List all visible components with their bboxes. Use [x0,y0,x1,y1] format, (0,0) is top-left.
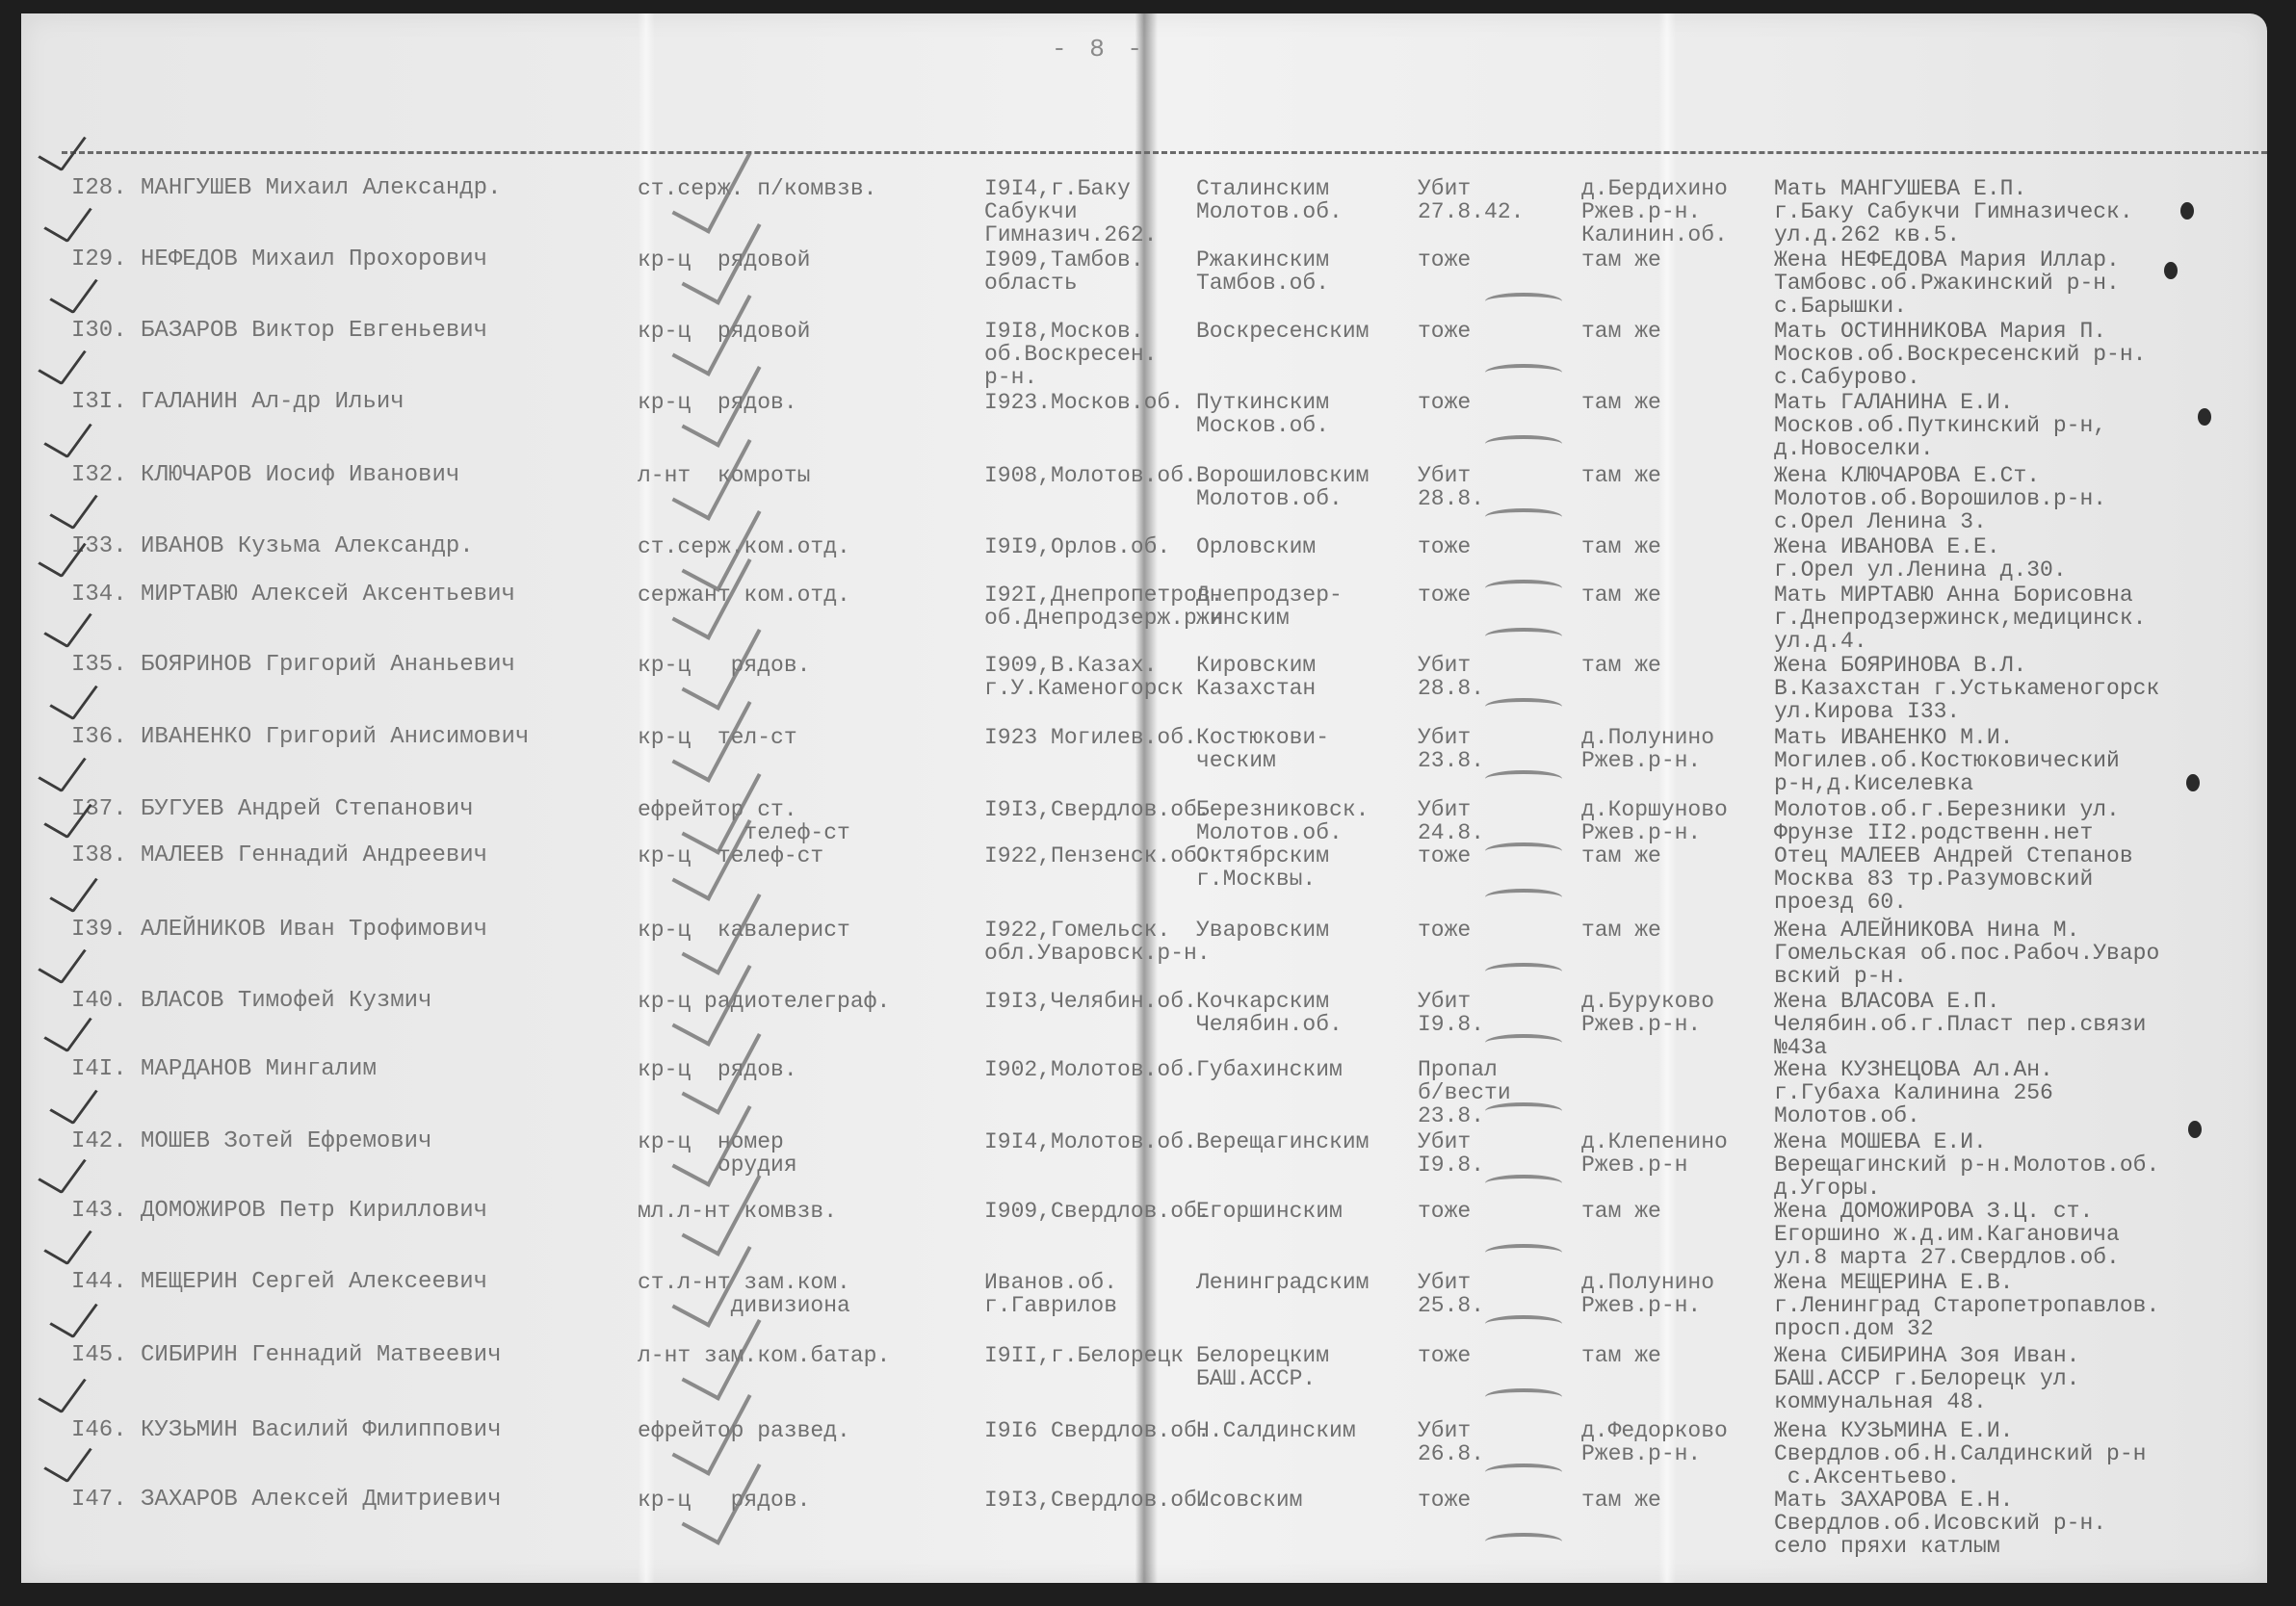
record-rank: ст.серж. п/комвзв. [638,177,876,200]
ditto-squiggle-mark [1485,364,1562,381]
record-next-of-kin: Мать ГАЛАНИНА Е.И. Москов.об.Путкинский … [1774,391,2106,460]
ditto-squiggle-mark [1485,842,1562,860]
dashed-separator [62,151,2267,154]
record-name: I33. ИВАНОВ Кузьма Александр. [71,535,474,558]
record-birth: I922,Пензенск.об. [984,844,1211,868]
ditto-squiggle-mark [1485,1175,1562,1192]
check-mark-icon [43,195,92,243]
record-name: I43. ДОМОЖИРОВ Петр Кириллович [71,1200,487,1223]
record-draft-office: Сталинским Молотов.об. [1196,177,1343,223]
check-mark-icon [49,482,98,530]
record-name: I29. НЕФЕДОВ Михаил Прохорович [71,248,487,272]
record-burial-place: там же [1581,1489,1661,1512]
record-next-of-kin: Мать ОСТИННИКОВА Мария П. Москов.об.Воск… [1774,320,2146,389]
record-name: I47. ЗАХАРОВ Алексей Дмитриевич [71,1489,501,1512]
check-mark-icon [49,1291,98,1338]
record-name: I42. МОШЕВ Зотей Ефремович [71,1130,431,1153]
record-fate: тоже [1418,919,1471,942]
record-birth: I92I,Днепропетров. об.Днепродзерж.р-н [984,583,1223,630]
record-next-of-kin: Жена МЕЩЕРИНА Е.В. г.Ленинград Старопетр… [1774,1271,2159,1340]
record-fate: тоже [1418,1344,1471,1367]
record-burial-place: д.Буруково Ржев.р-н. [1581,990,1714,1036]
record-fate: тоже [1418,320,1471,343]
record-birth: I908,Молотов.об. [984,464,1197,487]
record-fate: тоже [1418,1200,1471,1223]
record-birth: I923 Могилев.об. [984,726,1197,749]
record-fate: Убит 26.8. [1418,1419,1484,1465]
record-birth: I909,В.Казах. г.У.Каменогорск [984,654,1184,700]
ink-stain [2180,202,2194,220]
record-burial-place: там же [1581,654,1661,677]
check-mark-icon [38,1366,87,1413]
record-burial-place: д.Полунино Ржев.р-н. [1581,1271,1714,1317]
record-name: I28. МАНГУШЕВ Михаил Александр. [71,177,501,200]
record-draft-office: Губахинским [1196,1058,1343,1081]
record-burial-place: там же [1581,464,1661,487]
record-name: I44. МЕЩЕРИН Сергей Алексеевич [71,1271,487,1294]
ditto-squiggle-mark [1485,580,1562,597]
record-name: I36. ИВАНЕНКО Григорий Анисимович [71,726,529,749]
record-next-of-kin: Жена СИБИРИНА Зоя Иван. БАШ.АССР г.Белор… [1774,1344,2079,1413]
record-fate: тоже [1418,535,1471,558]
record-burial-place: там же [1581,391,1661,414]
record-draft-office: Путкинским Москов.об. [1196,391,1329,437]
record-draft-office: Днепродзер- жинским [1196,583,1343,630]
record-burial-place: д.Клепенино Ржев.р-н [1581,1130,1728,1177]
record-rank: л-нт зам.ком.батар. [638,1344,890,1367]
record-draft-office: Октябрским г.Москвы. [1196,844,1329,891]
record-fate: Убит 24.8. [1418,798,1484,844]
record-next-of-kin: Жена ВЛАСОВА Е.П. Челябин.об.г.Пласт пер… [1774,990,2146,1059]
record-draft-office: Белорецким БАШ.АССР. [1196,1344,1329,1390]
check-mark-icon [49,267,98,314]
record-burial-place: там же [1581,844,1661,868]
record-draft-office: Ржакинским Тамбов.об. [1196,248,1329,295]
ditto-squiggle-mark [1485,293,1562,310]
record-burial-place: там же [1581,320,1661,343]
record-rank: ефрейтор развед. [638,1419,850,1442]
record-name: I34. МИРТАВЮ Алексей Аксентьевич [71,583,515,607]
record-name: I46. КУЗЬМИН Василий Филиппович [71,1419,501,1442]
record-draft-office: Исовским [1196,1489,1302,1512]
record-fate: тоже [1418,248,1471,272]
ditto-squiggle-mark [1485,698,1562,715]
ditto-squiggle-mark [1485,1034,1562,1051]
record-draft-office: Орловским [1196,535,1316,558]
record-birth: I9I4,Молотов.об. [984,1130,1197,1153]
check-mark-icon [49,1077,98,1125]
ditto-squiggle-mark [1485,628,1562,645]
record-name: I38. МАЛЕЕВ Геннадий Андреевич [71,844,487,868]
record-birth: I9I6 Свердлов.об. [984,1419,1211,1442]
record-draft-office: Кировским Казахстан [1196,654,1316,700]
record-draft-office: Воскресенским [1196,320,1369,343]
record-birth: I923.Москов.об. [984,391,1184,414]
record-next-of-kin: Жена АЛЕЙНИКОВА Нина М. Гомельская об.по… [1774,919,2159,988]
record-burial-place: д.Федорково Ржев.р-н. [1581,1419,1728,1465]
ditto-squiggle-mark [1485,1315,1562,1333]
check-mark-icon [43,411,92,458]
record-fate: тоже [1418,1489,1471,1512]
document-sheet: - 8 - I28. МАНГУШЕВ Михаил Александр.ст.… [21,13,2267,1583]
ditto-squiggle-mark [1485,963,1562,980]
ink-stain [2186,774,2200,791]
check-mark-icon [49,673,98,720]
record-draft-office: Костюкови- ческим [1196,726,1329,772]
record-next-of-kin: Мать ИВАНЕНКО М.И. Могилев.об.Костюкович… [1774,726,2120,795]
record-burial-place: д.Полунино Ржев.р-н. [1581,726,1714,772]
record-fate: тоже [1418,391,1471,414]
record-draft-office: Уваровским [1196,919,1329,942]
record-name: I45. СИБИРИН Геннадий Матвеевич [71,1344,501,1367]
record-next-of-kin: Жена КУЗЬМИНА Е.И. Свердлов.об.Н.Салдинс… [1774,1419,2146,1489]
record-draft-office: Егоршинским [1196,1200,1343,1223]
ditto-squiggle-mark [1485,1533,1562,1550]
record-next-of-kin: Жена МОШЕВА Е.И. Верещагинский р-н.Молот… [1774,1130,2159,1200]
record-fate: Убит 28.8. [1418,654,1484,700]
record-name: I40. ВЛАСОВ Тимофей Кузмич [71,990,431,1013]
record-birth: I9I9,Орлов.об. [984,535,1170,558]
record-next-of-kin: Мать МИРТАВЮ Анна Борисовна г.Днепродзер… [1774,583,2146,653]
record-burial-place: там же [1581,919,1661,942]
record-draft-office: Верещагинским [1196,1130,1369,1153]
record-rank: ст.л-нт зам.ком. дивизиона [638,1271,850,1317]
ditto-squiggle-mark [1485,770,1562,788]
record-rank: кр-ц радиотелеграф. [638,990,890,1013]
record-birth: I902,Молотов.об. [984,1058,1197,1081]
ink-stain [2198,408,2211,426]
record-fate: тоже [1418,844,1471,868]
record-draft-office: Березниковск. Молотов.об. [1196,798,1369,844]
record-next-of-kin: Жена КУЗНЕЦОВА Ал.Ан. г.Губаха Калинина … [1774,1058,2053,1127]
record-burial-place: там же [1581,1200,1661,1223]
record-draft-office: Ленинградским [1196,1271,1369,1294]
record-birth: I9I3,Свердлов.об. [984,1489,1211,1512]
record-fate: Убит 25.8. [1418,1271,1484,1317]
check-mark-icon [38,124,87,171]
record-fate: Убит 28.8. [1418,464,1484,510]
record-birth: I9I3,Свердлов.об. [984,798,1211,821]
record-name: I30. БАЗАРОВ Виктор Евгеньевич [71,320,487,343]
check-mark-icon [38,745,87,792]
ditto-squiggle-mark [1485,1388,1562,1406]
record-burial-place: там же [1581,583,1661,607]
ink-stain [2164,262,2178,279]
ditto-squiggle-mark [1485,435,1562,453]
record-burial-place: д.Бердихино Ржев.р-н. Калинин.об. [1581,177,1728,246]
record-fate: Убит I9.8. [1418,990,1484,1036]
record-name: I4I. МАРДАНОВ Мингалим [71,1058,377,1081]
ditto-squiggle-mark [1485,1244,1562,1261]
record-name: I32. КЛЮЧАРОВ Иосиф Иванович [71,464,459,487]
record-next-of-kin: Жена ДОМОЖИРОВА З.Ц. ст. Егоршино ж.д.им… [1774,1200,2120,1269]
page-number: - 8 - [1052,35,1146,64]
record-next-of-kin: Жена КЛЮЧАРОВА Е.Ст. Молотов.об.Ворошило… [1774,464,2106,533]
record-birth: I9II,г.Белорецк [984,1344,1184,1367]
check-mark-icon [38,338,87,385]
record-next-of-kin: Мать ЗАХАРОВА Е.Н. Свердлов.об.Исовский … [1774,1489,2106,1558]
ink-stain [2188,1121,2202,1138]
record-birth: I909,Тамбов. область [984,248,1144,295]
record-next-of-kin: Отец МАЛЕЕВ Андрей Степанов Москва 83 тр… [1774,844,2133,914]
ditto-squiggle-mark [1485,1102,1562,1120]
record-fate: Убит I9.8. [1418,1130,1484,1177]
record-fate: тоже [1418,583,1471,607]
record-burial-place: там же [1581,1344,1661,1367]
record-birth: I922,Гомельск. обл.Уваровск.р-н. [984,919,1211,965]
record-burial-place: там же [1581,535,1661,558]
record-birth: I909,Свердлов.об. [984,1200,1211,1223]
record-birth: I9I4,г.Баку Сабукчи Гимназич.262. [984,177,1157,246]
record-birth: I9I3,Челябин.об. [984,990,1197,1013]
record-name: I39. АЛЕЙНИКОВ Иван Трофимович [71,919,487,942]
record-draft-office: Кочкарским Челябин.об. [1196,990,1343,1036]
record-birth: I9I8,Москов. об.Воскресен. р-н. [984,320,1157,389]
record-name: I35. БОЯРИНОВ Григорий Ананьевич [71,654,515,677]
check-mark-icon [38,937,87,984]
ditto-squiggle-mark [1485,889,1562,906]
record-fate: Убит 23.8. [1418,726,1484,772]
check-mark-icon [43,1218,92,1265]
record-name: I3I. ГАЛАНИН Ал-др Ильич [71,391,404,414]
check-mark-icon [43,601,92,648]
record-birth: Иванов.об. г.Гаврилов [984,1271,1117,1317]
record-draft-office: Ворошиловским Молотов.об. [1196,464,1369,510]
record-name: I37. БУГУЕВ Андрей Степанович [71,798,474,821]
record-next-of-kin: Жена НЕФЕДОВА Мария Иллар. Тамбовс.об.Рж… [1774,248,2120,318]
record-next-of-kin: Молотов.об.г.Березники ул. Фрунзе II2.ро… [1774,798,2120,844]
record-burial-place: д.Коршуново Ржев.р-н. [1581,798,1728,844]
ditto-squiggle-mark [1485,1464,1562,1481]
record-fate: Убит 27.8.42. [1418,177,1524,223]
record-next-of-kin: Жена ИВАНОВА Е.Е. г.Орел ул.Ленина д.30. [1774,535,2067,582]
record-draft-office: Н.Салдинским [1196,1419,1356,1442]
record-next-of-kin: Мать МАНГУШЕВА Е.П. г.Баку Сабукчи Гимна… [1774,177,2133,246]
record-burial-place: там же [1581,248,1661,272]
check-mark-icon [49,866,98,913]
ditto-squiggle-mark [1485,508,1562,526]
record-next-of-kin: Жена БОЯРИНОВА В.Л. В.Казахстан г.Устька… [1774,654,2159,723]
record-rank: сержант ком.отд. [638,583,850,607]
